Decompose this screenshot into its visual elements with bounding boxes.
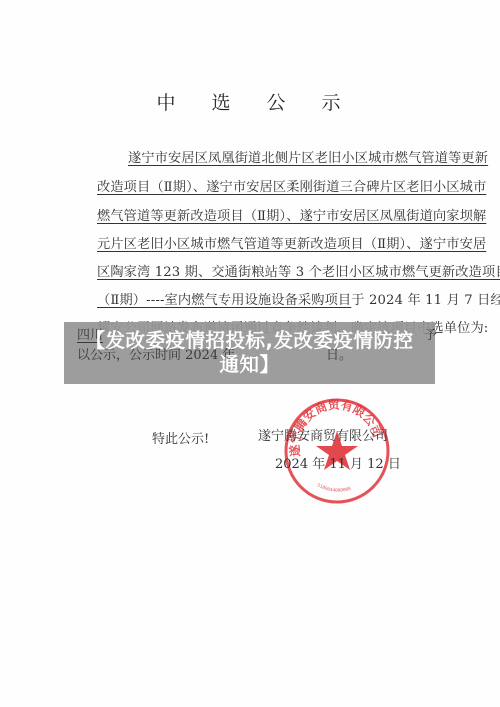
body-line-6: （Ⅱ期）----室内燃气专用设施设备采购项目于 2024 年 11 月 7 日经 [97, 290, 427, 312]
overlay-title-banner: 四川 予 以公示，公示时间 2024 年 日。 【发改委疫情招投标,发改委疫情防… [64, 322, 435, 384]
body-line-3: 燃气管道等更新改造项目（Ⅱ期）、遂宁市安居区凤凰街道向家坝解 [97, 206, 427, 228]
official-seal-stamp: 遂宁腾安商贸有限公司 5109044000000 [283, 397, 391, 505]
banner-title: 【发改委疫情招投标,发改委疫情防控 通知】 [64, 329, 435, 377]
seal-icon: 遂宁腾安商贸有限公司 5109044000000 [283, 397, 391, 505]
document-page: 中 选 公 示 遂宁市安居区凤凰街道北侧片区老旧小区城市燃气管道等更新 改造项目… [0, 0, 500, 707]
publish-date-text: 于 2024 年 11 月 7 日经 [351, 293, 500, 308]
body-line-1: 遂宁市安居区凤凰街道北侧片区老旧小区城市燃气管道等更新 [128, 148, 458, 170]
signing-company: 遂宁腾安商贸有限公司 [258, 425, 388, 444]
project-name-text: 遂宁市安居区凤凰街道北侧片区老旧小区城市燃气管道等更新 [128, 151, 488, 166]
page-title: 中 选 公 示 [0, 88, 500, 115]
project-name-text: （Ⅱ期）----室内燃气专用设施设备采购项目 [97, 293, 351, 308]
body-line-2: 改造项目（Ⅱ期）、遂宁市安居区柔刚街道三合碑片区老旧小区城市 [97, 177, 427, 199]
closing-statement: 特此公示! [152, 428, 209, 447]
project-name-text: 燃气管道等更新改造项目（Ⅱ期）、遂宁市安居区凤凰街道向家坝解 [97, 209, 486, 224]
svg-text:5109044000000: 5109044000000 [316, 482, 352, 493]
project-name-text: 改造项目（Ⅱ期）、遂宁市安居区柔刚街道三合碑片区老旧小区城市 [97, 180, 486, 195]
project-name-text: 元片区老旧小区城市燃气管道等更新改造项目（Ⅱ期）、遂宁市安居 [97, 237, 486, 252]
signing-date: 2024 年 11 月 12 日 [275, 453, 401, 472]
project-name-text: 区陶家湾 123 期、交通街粮站等 3 个老旧小区城市燃气更新改造项目 [97, 265, 500, 280]
body-line-5: 区陶家湾 123 期、交通街粮站等 3 个老旧小区城市燃气更新改造项目 [97, 262, 427, 284]
banner-title-line-2: 通知】 [64, 353, 435, 377]
body-line-4: 元片区老旧小区城市燃气管道等更新改造项目（Ⅱ期）、遂宁市安居 [97, 234, 427, 256]
banner-title-line-1: 【发改委疫情招投标,发改委疫情防控 [64, 329, 435, 353]
